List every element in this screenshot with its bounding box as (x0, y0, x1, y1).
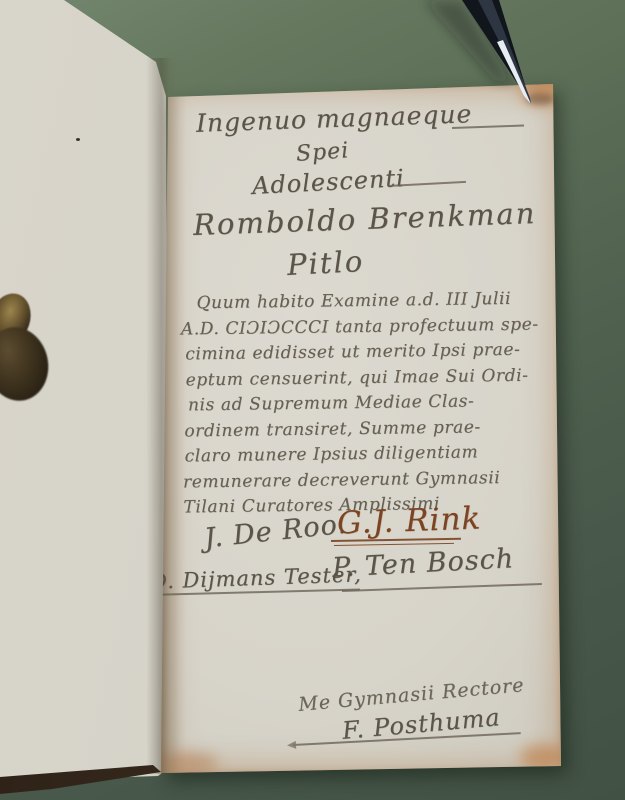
right-page: Ingenuo magnaeque Spei Adolescenti Rombo… (0, 0, 625, 800)
body-line: eptum censuerint, qui Imae Sui Ordi- (181, 363, 539, 393)
aged-corner-top-right (520, 76, 566, 106)
book-gutter-shadow (146, 58, 180, 774)
body-line: remunerare decreverunt Gymnasii (183, 465, 541, 495)
aged-corner-bottom-right (520, 744, 566, 770)
right-page-wrap: Ingenuo magnaeque Spei Adolescenti Rombo… (0, 0, 625, 800)
inscription-body: Quum habito Examine a.d. III Julii A.D. … (180, 287, 541, 521)
signature-rink: G.J. Rink (336, 500, 481, 541)
dedication-line-2: Spei (295, 138, 350, 167)
dedication-surname: Pitlo (286, 244, 365, 282)
flourish-arrowhead (287, 741, 296, 749)
book-photo: Ingenuo magnaeque Spei Adolescenti Rombo… (0, 0, 625, 800)
